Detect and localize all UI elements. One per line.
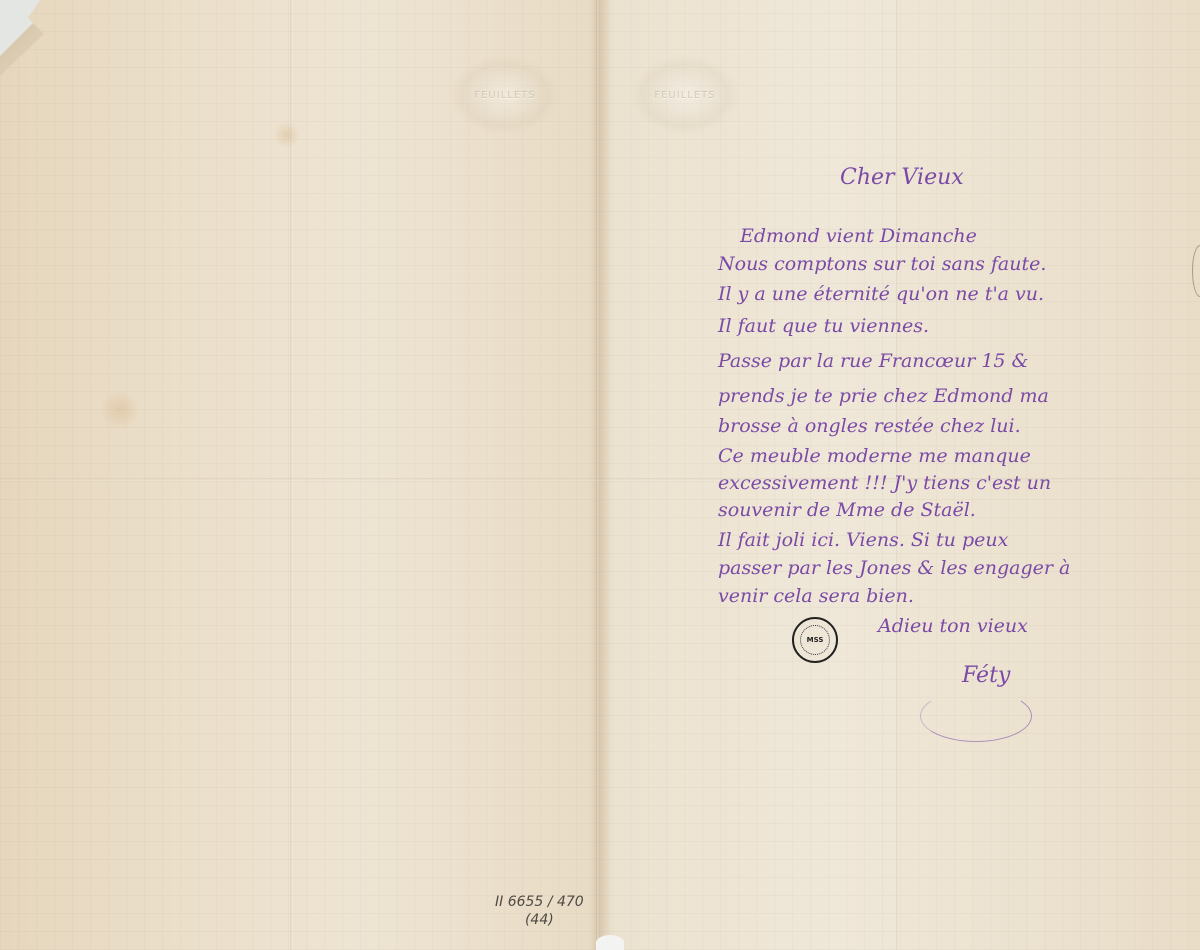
signature-flourish bbox=[920, 690, 1032, 742]
shelfmark-annotation: II 6655 / 470 (44) bbox=[495, 893, 584, 929]
embossed-stationery-mark-right: FEUILLETS bbox=[630, 55, 740, 135]
paper-stain bbox=[100, 390, 140, 430]
embossed-stationery-mark-left: FEUILLETS bbox=[450, 55, 560, 135]
shelfmark-number: II 6655 / 470 bbox=[495, 893, 584, 911]
letter-line: Passe par la rue Francœur 15 & bbox=[718, 350, 1028, 372]
letter-line: Edmond vient Dimanche bbox=[740, 225, 977, 247]
letter-line: Nous comptons sur toi sans faute. bbox=[718, 253, 1046, 275]
letter-line: brosse à ongles restée chez lui. bbox=[718, 415, 1021, 437]
letter-line: Il faut que tu viennes. bbox=[718, 315, 929, 337]
library-stamp-center: MSS bbox=[800, 625, 830, 655]
letter-line: prends je te prie chez Edmond ma bbox=[718, 385, 1049, 407]
paper-stain bbox=[275, 120, 299, 150]
signature: Féty bbox=[962, 663, 1010, 688]
salutation: Cher Vieux bbox=[840, 165, 964, 190]
fold-crease-center bbox=[596, 0, 600, 950]
letter-line: Ce meuble moderne me manque bbox=[718, 445, 1031, 467]
shelfmark-item: (44) bbox=[495, 911, 584, 929]
letter-line: venir cela sera bien. bbox=[718, 585, 914, 607]
letter-line: excessivement !!! J'y tiens c'est un bbox=[718, 472, 1051, 494]
letter-line: souvenir de Mme de Staël. bbox=[718, 499, 976, 521]
library-stamp: MSS bbox=[792, 617, 838, 663]
paper-tear bbox=[596, 935, 624, 950]
letter-line: Il fait joli ici. Viens. Si tu peux bbox=[718, 529, 1008, 551]
letter-line: passer par les Jones & les engager à bbox=[718, 557, 1070, 579]
letter-line: Il y a une éternité qu'on ne t'a vu. bbox=[718, 283, 1044, 305]
closing: Adieu ton vieux bbox=[878, 615, 1028, 637]
